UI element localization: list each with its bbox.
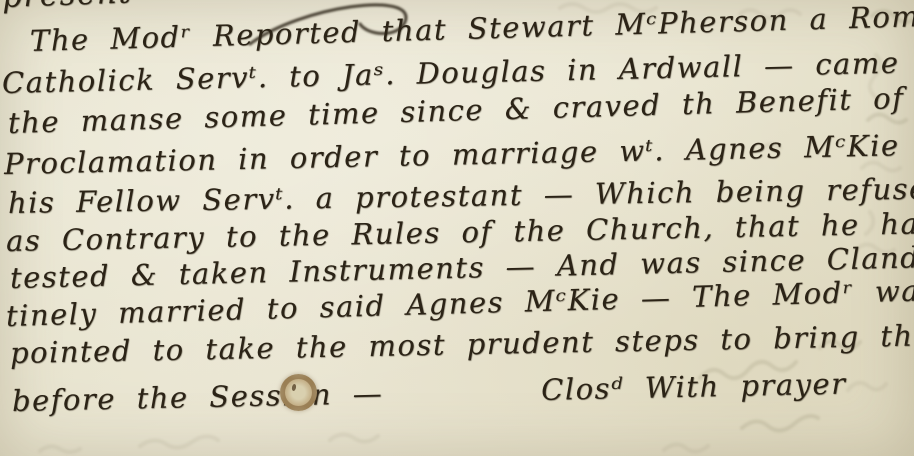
closing-right-text: Closᵈ With prayer [541,367,847,407]
ink-ring-blemish [280,374,317,411]
closing-gap [383,400,541,403]
manuscript-page: present The Modʳ Reported that Stewart M… [0,0,914,456]
